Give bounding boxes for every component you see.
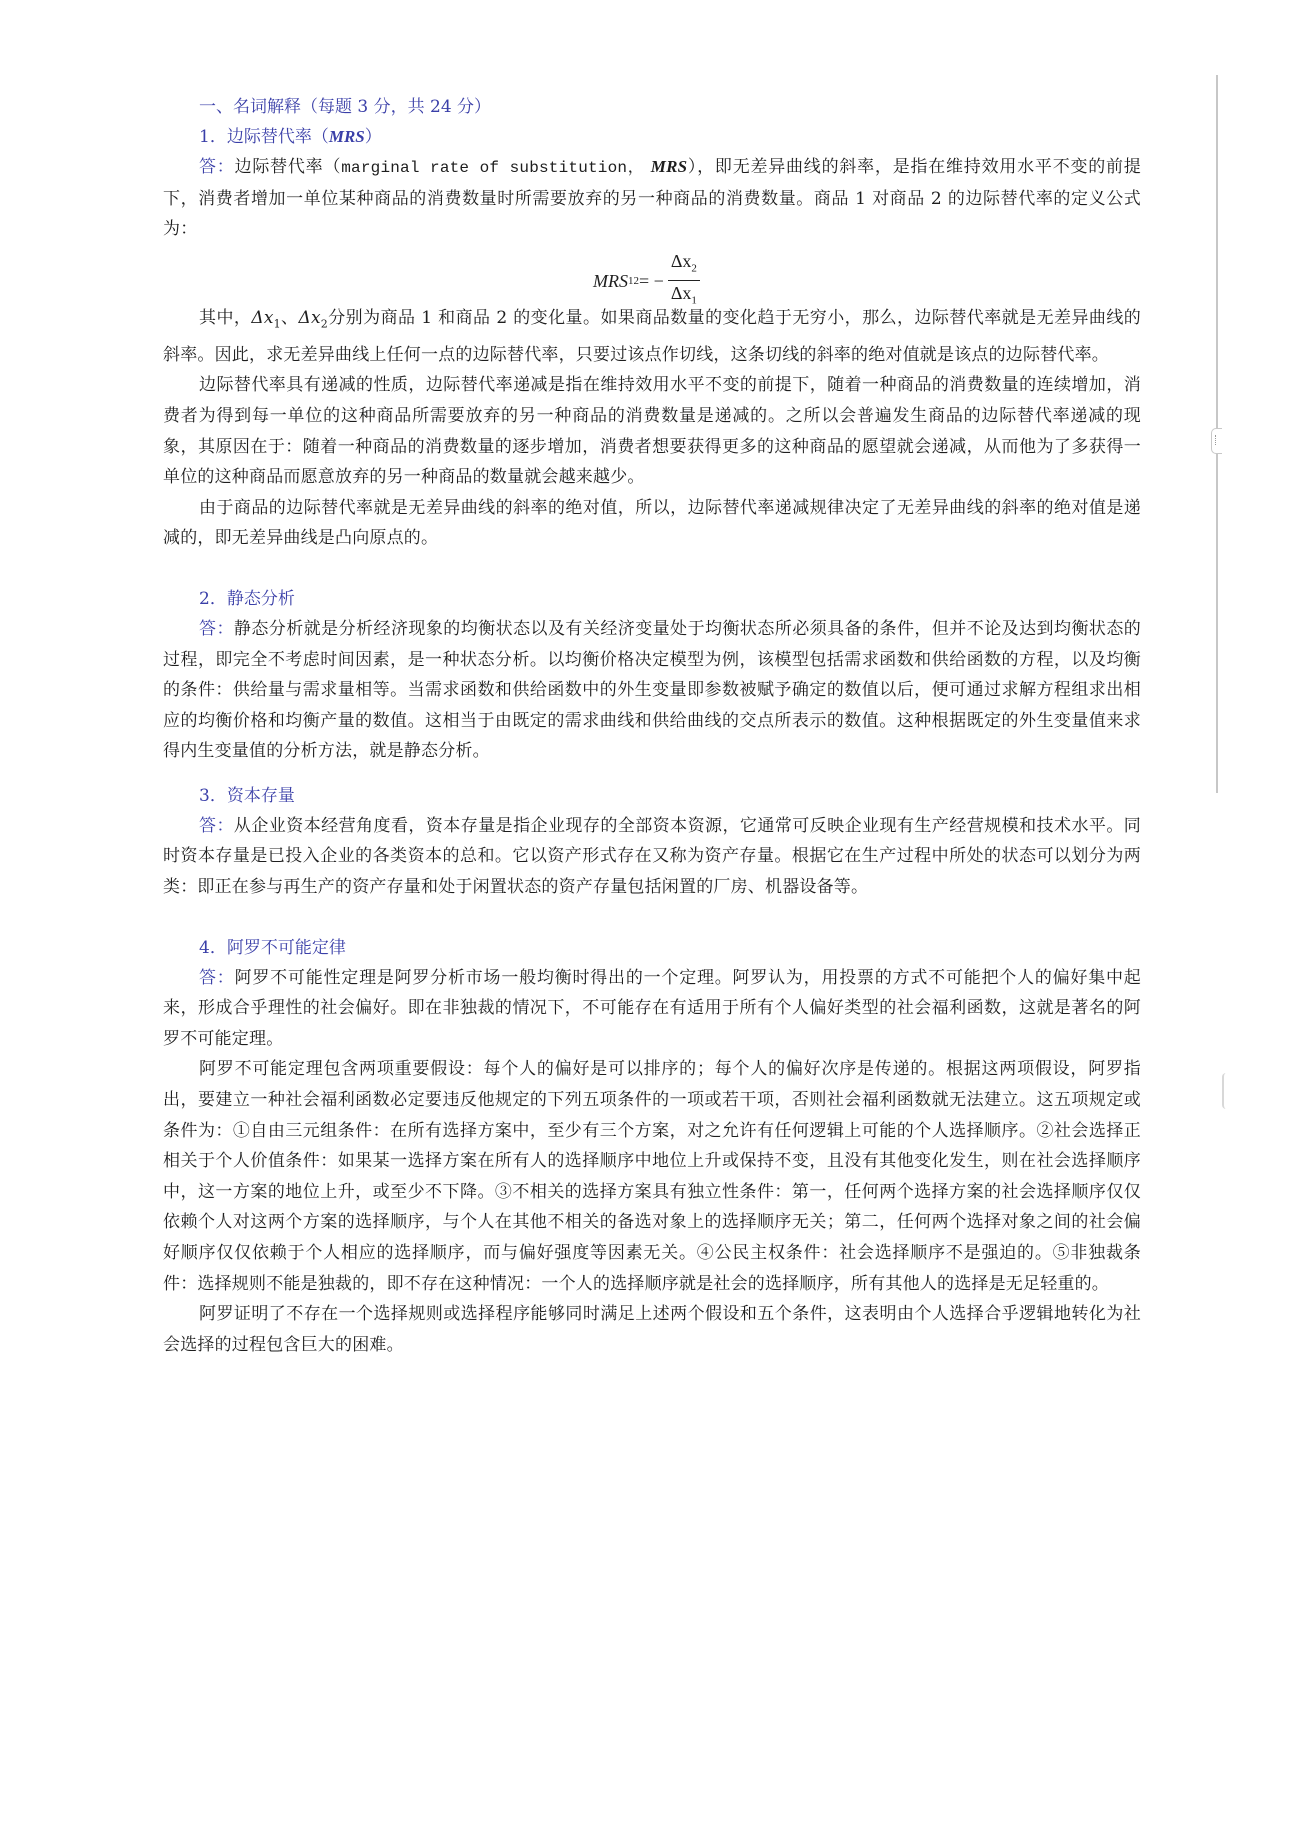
formula-denominator-sub: 1	[691, 295, 697, 307]
text-span: 其中，	[199, 308, 251, 328]
formula-numerator: Δx	[671, 251, 692, 271]
item-number: 4．	[199, 938, 227, 958]
body-paragraph: 由于商品的边际替代率就是无差异曲线的斜率的绝对值，所以，边际替代率递减规律决定了…	[163, 493, 1141, 554]
answer-paragraph: 答：边际替代率（marginal rate of substitution， M…	[163, 152, 1141, 245]
math-dx1: Δx	[251, 308, 273, 328]
item-number: 2．	[199, 589, 227, 609]
item-number: 1．	[199, 127, 227, 147]
item-title: 资本存量	[227, 786, 295, 806]
math-sub: 2	[321, 317, 328, 330]
answer-paragraph: 答：从企业资本经营角度看，资本存量是指企业现存的全部资本资源，它通常可反映企业现…	[163, 811, 1141, 903]
math-sub: 1	[274, 317, 281, 330]
english-term: marginal rate of substitution，	[341, 159, 644, 177]
side-panel-handle[interactable]	[1211, 428, 1222, 454]
item-abbr: MRS	[329, 127, 365, 146]
body-paragraph: 边际替代率具有递减的性质，边际替代率递减是指在维持效用水平不变的前提下，随着一种…	[163, 370, 1141, 492]
formula-numerator-sub: 2	[691, 262, 697, 274]
text-span: 静态分析就是分析经济现象的均衡状态以及有关经济变量处于均衡状态所必须具备的条件，…	[163, 619, 1141, 761]
answer-label: 答：	[199, 157, 235, 177]
item-title: 静态分析	[227, 589, 295, 609]
answer-label: 答：	[199, 968, 235, 988]
text-span: 边际替代率（	[235, 157, 342, 177]
formula-denominator: Δx	[671, 283, 692, 303]
body-paragraph: 阿罗不可能定理包含两项重要假设：每个人的偏好是可以排序的；每个人的偏好次序是传递…	[163, 1054, 1141, 1299]
item-heading-mrs: 1．边际替代率（MRS）	[163, 122, 1141, 152]
abbr-term: MRS	[651, 157, 688, 176]
answer-label: 答：	[199, 816, 234, 836]
text-span: 阿罗不可能性定理是阿罗分析市场一般均衡时得出的一个定理。阿罗认为，用投票的方式不…	[163, 968, 1141, 1049]
formula-lhs: MRS	[593, 266, 628, 297]
answer-paragraph: 答：阿罗不可能性定理是阿罗分析市场一般均衡时得出的一个定理。阿罗认为，用投票的方…	[163, 963, 1141, 1055]
document-body: 一、名词解释（每题 3 分，共 24 分） 1．边际替代率（MRS） 答：边际替…	[163, 92, 1141, 1360]
formula-equals: = −	[639, 266, 664, 297]
spacer	[163, 554, 1141, 584]
text-span: 从企业资本经营角度看，资本存量是指企业现存的全部资本资源，它通常可反映企业现有生…	[163, 816, 1141, 897]
answer-label: 答：	[199, 619, 234, 639]
item-title: 阿罗不可能定律	[227, 938, 346, 958]
body-paragraph: 阿罗证明了不存在一个选择规则或选择程序能够同时满足上述两个假设和五个条件，这表明…	[163, 1299, 1141, 1360]
item-close-paren: ）	[365, 127, 382, 147]
formula-lhs-sub: 12	[628, 266, 639, 297]
text-span: 、	[281, 308, 299, 328]
answer-paragraph: 答：静态分析就是分析经济现象的均衡状态以及有关经济变量处于均衡状态所必须具备的条…	[163, 614, 1141, 767]
item-heading-capital-stock: 3．资本存量	[163, 781, 1141, 811]
mrs-formula: MRS12 = − Δx2 Δx1	[163, 245, 1141, 303]
side-bracket-handle[interactable]	[1222, 1073, 1228, 1109]
item-title: 边际替代率（	[227, 127, 329, 147]
spacer	[163, 767, 1141, 781]
grip-icon	[1215, 435, 1219, 445]
formula-fraction: Δx2 Δx1	[668, 249, 700, 313]
item-number: 3．	[199, 786, 227, 806]
item-heading-arrow-theorem: 4．阿罗不可能定律	[163, 933, 1141, 963]
spacer	[163, 903, 1141, 933]
item-heading-static-analysis: 2．静态分析	[163, 584, 1141, 614]
section-title: 一、名词解释（每题 3 分，共 24 分）	[163, 92, 1141, 122]
math-dx2: Δx	[299, 308, 321, 328]
document-page: 一、名词解释（每题 3 分，共 24 分） 1．边际替代率（MRS） 答：边际替…	[0, 0, 1300, 1839]
